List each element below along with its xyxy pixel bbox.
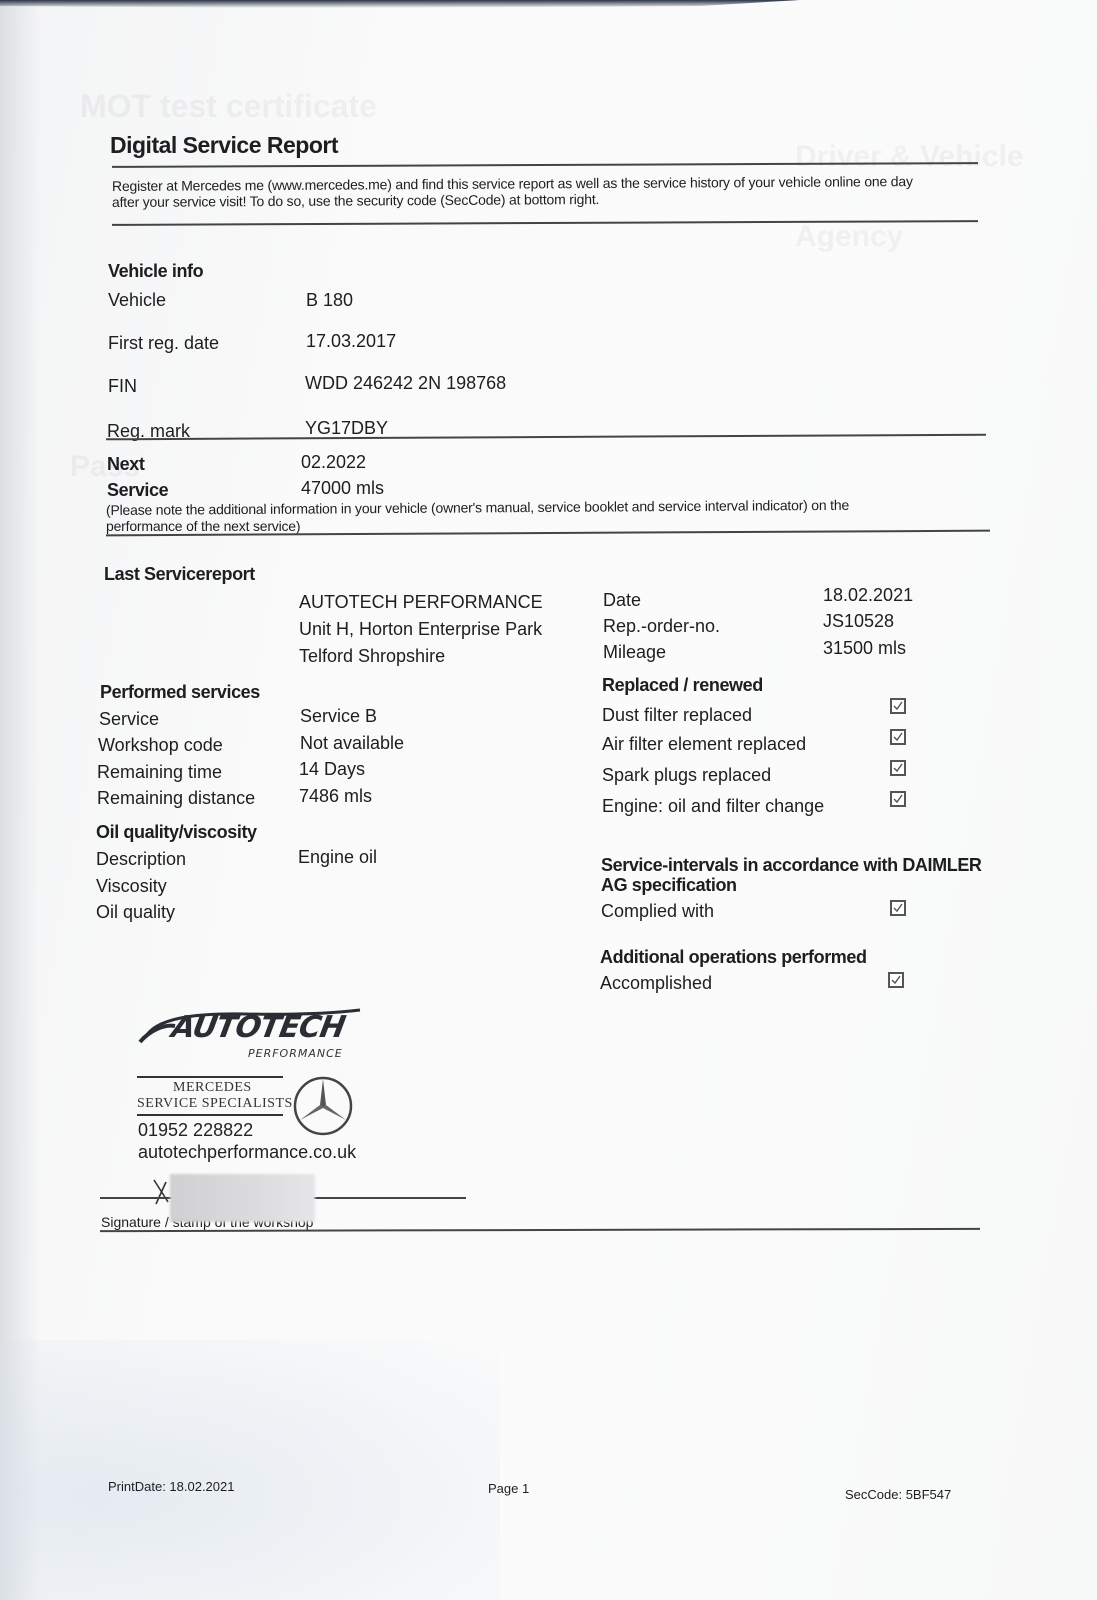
- replaced-item-label: Dust filter replaced: [602, 705, 752, 726]
- replaced-item-label: Air filter element replaced: [602, 734, 806, 755]
- service-value: Service B: [300, 706, 377, 727]
- vehicle-label: Vehicle: [108, 290, 166, 311]
- first-reg-date-value: 17.03.2017: [306, 331, 396, 352]
- vehicle-info-heading: Vehicle info: [108, 261, 203, 282]
- service-label: Service: [99, 709, 159, 730]
- bleed-through-text: Agency: [795, 220, 903, 254]
- print-date: PrintDate: 18.02.2021: [108, 1479, 234, 1494]
- check-icon: [893, 763, 903, 773]
- service-date-value: 18.02.2021: [823, 585, 913, 606]
- remaining-distance-label: Remaining distance: [97, 788, 255, 809]
- redacted-signature: [170, 1174, 315, 1222]
- document-page: MOT test certificate Driver & Vehicle Ag…: [0, 0, 1097, 1600]
- check-icon: [891, 975, 901, 985]
- next-service-distance: 47000 mls: [301, 478, 384, 499]
- additional-operations-heading: Additional operations performed: [600, 947, 867, 968]
- stamp-divider: [137, 1076, 283, 1078]
- intro-text-line-2: after your service visit! To do so, use …: [112, 191, 599, 210]
- air-filter-checkbox[interactable]: [890, 729, 906, 745]
- oil-filter-change-checkbox[interactable]: [890, 791, 906, 807]
- accomplished-checkbox[interactable]: [888, 972, 904, 988]
- last-service-report-heading: Last Servicereport: [104, 564, 255, 585]
- rep-order-no-label: Rep.-order-no.: [603, 616, 720, 637]
- replaced-item-label: Engine: oil and filter change: [602, 796, 824, 817]
- oil-heading: Oil quality/viscosity: [96, 822, 257, 843]
- workshop-code-label: Workshop code: [98, 735, 223, 756]
- oil-description-label: Description: [96, 849, 186, 870]
- replaced-item-label: Spark plugs replaced: [602, 765, 771, 786]
- accomplished-label: Accomplished: [600, 973, 712, 994]
- service-date-label: Date: [603, 590, 641, 611]
- page-title: Digital Service Report: [110, 132, 338, 159]
- complied-with-label: Complied with: [601, 901, 714, 922]
- oil-description-value: Engine oil: [298, 847, 377, 868]
- bleed-through-text: MOT test certificate: [80, 88, 377, 125]
- dust-filter-checkbox[interactable]: [890, 698, 906, 714]
- remaining-time-label: Remaining time: [97, 762, 222, 783]
- check-icon: [893, 732, 903, 742]
- rep-order-no-value: JS10528: [823, 611, 894, 632]
- vehicle-value: B 180: [306, 290, 353, 311]
- paper-top-edge: [0, 0, 1097, 8]
- spark-plugs-checkbox[interactable]: [890, 760, 906, 776]
- autotech-logo-sub: PERFORMANCE: [248, 1047, 343, 1060]
- check-icon: [893, 701, 903, 711]
- autotech-logo: AUTOTECH: [169, 1010, 347, 1045]
- reg-mark-value: YG17DBY: [305, 418, 388, 439]
- complied-with-checkbox[interactable]: [890, 900, 906, 916]
- oil-quality-label: Oil quality: [96, 902, 175, 923]
- next-service-date: 02.2022: [301, 452, 366, 473]
- bleed-through-text: Driver & Vehicle: [795, 140, 1023, 174]
- replaced-heading: Replaced / renewed: [602, 675, 763, 696]
- stamp-divider: [137, 1114, 283, 1116]
- divider: [106, 434, 986, 440]
- fin-value: WDD 246242 2N 198768: [305, 373, 506, 394]
- next-service-note-line-1: (Please note the additional information …: [106, 497, 849, 518]
- mileage-label: Mileage: [603, 642, 666, 663]
- service-intervals-heading-line-2: AG specification: [601, 875, 737, 896]
- first-reg-date-label: First reg. date: [108, 333, 219, 354]
- check-icon: [893, 794, 903, 804]
- service-intervals-heading-line-1: Service-intervals in accordance with DAI…: [601, 855, 982, 876]
- check-icon: [893, 903, 903, 913]
- workshop-website[interactable]: autotechperformance.co.uk: [138, 1142, 356, 1163]
- mercedes-star-icon: [292, 1075, 354, 1137]
- sec-code: SecCode: 5BF547: [845, 1487, 951, 1502]
- oil-viscosity-label: Viscosity: [96, 876, 167, 897]
- performed-services-heading: Performed services: [100, 682, 260, 703]
- service-specialists-label: SERVICE SPECIALISTS: [137, 1096, 293, 1112]
- fin-label: FIN: [108, 376, 137, 397]
- workshop-address-line-1: Unit H, Horton Enterprise Park: [299, 619, 542, 640]
- workshop-name: AUTOTECH PERFORMANCE: [299, 592, 543, 613]
- remaining-distance-value: 7486 mls: [299, 786, 372, 807]
- remaining-time-value: 14 Days: [299, 759, 365, 780]
- next-service-label-line-1: Next: [107, 454, 144, 475]
- next-service-label-line-2: Service: [107, 480, 168, 501]
- workshop-address-line-2: Telford Shropshire: [299, 646, 445, 667]
- workshop-code-value: Not available: [300, 733, 404, 754]
- mileage-value: 31500 mls: [823, 638, 906, 659]
- mercedes-label: MERCEDES: [173, 1080, 252, 1096]
- workshop-phone: 01952 228822: [138, 1120, 253, 1141]
- next-service-note-line-2: performance of the next service): [106, 518, 300, 534]
- page-number: Page 1: [488, 1481, 529, 1496]
